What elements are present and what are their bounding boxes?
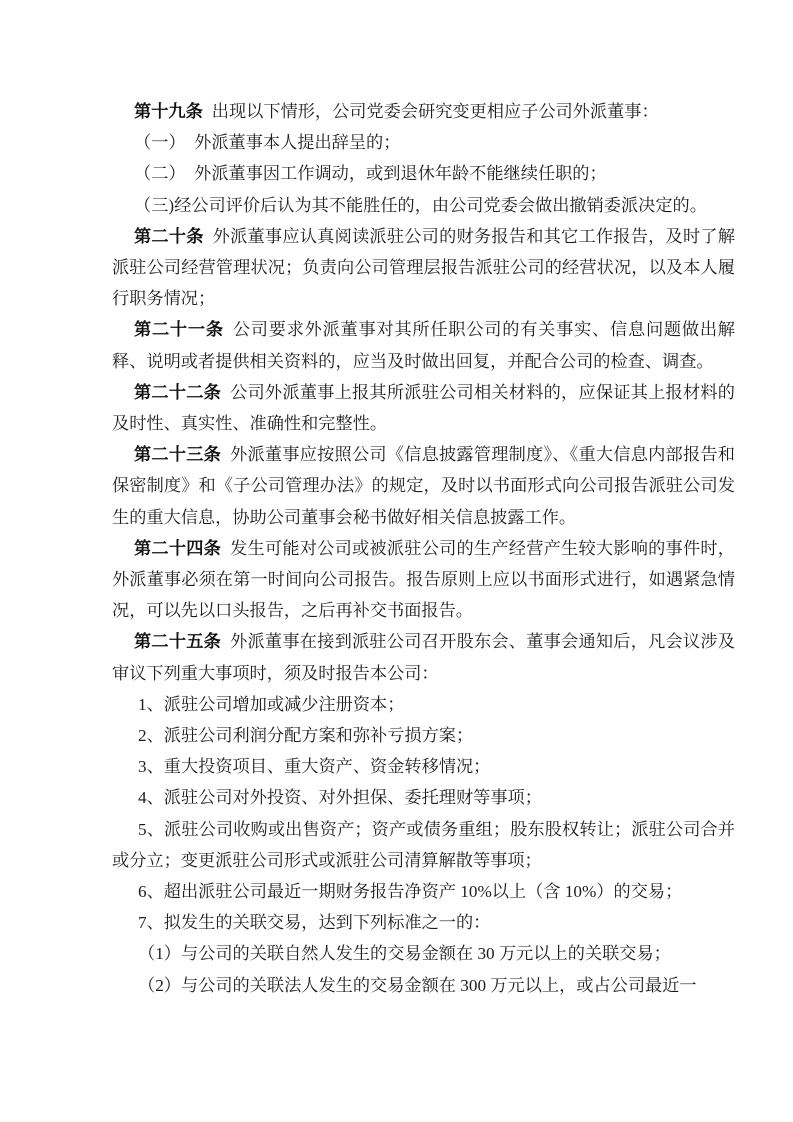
list-item-6: 6、超出派驻公司最近一期财务报告净资产 10%以上（含 10%）的交易；	[112, 876, 735, 907]
list-item-4: 4、派驻公司对外投资、对外担保、委托理财等事项；	[112, 782, 735, 813]
sub-item-1: （1）与公司的关联自然人发生的交易金额在 30 万元以上的关联交易；	[112, 938, 735, 969]
clause-3-text: （三)经公司评价后认为其不能胜任的，由公司党委会做出撤销委派决定的。	[134, 196, 707, 215]
list-item-3: 3、重大投资项目、重大资产、资金转移情况；	[112, 751, 735, 782]
article-19-clause-1: （一） 外派董事本人提出辞呈的；	[112, 127, 735, 158]
article-21: 第二十一条公司要求外派董事对其所任职公司的有关事实、信息问题做出解释、说明或者提…	[112, 314, 735, 376]
article-25: 第二十五条外派董事在接到派驻公司召开股东会、董事会通知后，凡会议涉及审议下列重大…	[112, 626, 735, 688]
article-23-heading: 第二十三条	[134, 445, 221, 464]
clause-1-text: （一） 外派董事本人提出辞呈的；	[134, 133, 400, 152]
sub-item-2: （2）与公司的关联法人发生的交易金额在 300 万元以上，或占公司最近一	[112, 970, 735, 1001]
article-22: 第二十二条公司外派董事上报其所派驻公司相关材料的，应保证其上报材料的及时性、真实…	[112, 377, 735, 439]
sub-item-1-text: （1）与公司的关联自然人发生的交易金额在 30 万元以上的关联交易；	[138, 944, 671, 963]
list-item-2-text: 2、派驻公司利润分配方案和弥补亏损方案；	[138, 726, 473, 745]
article-21-heading: 第二十一条	[134, 320, 224, 339]
article-25-heading: 第二十五条	[134, 632, 221, 651]
list-item-4-text: 4、派驻公司对外投资、对外担保、委托理财等事项；	[138, 788, 542, 807]
list-item-5: 5、派驻公司收购或出售资产；资产或债务重组；股东股权转让；派驻公司合并或分立；变…	[112, 814, 735, 876]
list-item-5-text: 5、派驻公司收购或出售资产；资产或债务重组；股东股权转让；派驻公司合并或分立；变…	[112, 820, 735, 870]
article-20-heading: 第二十条	[134, 227, 204, 246]
list-item-3-text: 3、重大投资项目、重大资产、资金转移情况；	[138, 757, 490, 776]
article-22-heading: 第二十二条	[134, 383, 221, 402]
article-19-heading: 第十九条	[134, 102, 203, 121]
article-24-heading: 第二十四条	[134, 539, 221, 558]
clause-2-text: （二） 外派董事因工作调动，或到退休年龄不能继续任职的；	[134, 164, 607, 183]
document-page: 第十九条出现以下情形，公司党委会研究变更相应子公司外派董事： （一） 外派董事本…	[0, 0, 793, 1122]
article-19-body: 出现以下情形，公司党委会研究变更相应子公司外派董事：	[212, 102, 659, 121]
article-23: 第二十三条外派董事应按照公司《信息披露管理制度》、《重大信息内部报告和保密制度》…	[112, 439, 735, 533]
list-item-1: 1、派驻公司增加或减少注册资本；	[112, 689, 735, 720]
article-19-clause-3: （三)经公司评价后认为其不能胜任的，由公司党委会做出撤销委派决定的。	[112, 190, 735, 221]
sub-item-2-text: （2）与公司的关联法人发生的交易金额在 300 万元以上，或占公司最近一	[138, 976, 697, 995]
article-20-body: 外派董事应认真阅读派驻公司的财务报告和其它工作报告，及时了解派驻公司经营管理状况…	[112, 227, 735, 308]
list-item-7: 7、拟发生的关联交易，达到下列标准之一的：	[112, 907, 735, 938]
list-item-1-text: 1、派驻公司增加或减少注册资本；	[138, 695, 404, 714]
list-item-7-text: 7、拟发生的关联交易，达到下列标准之一的：	[138, 913, 490, 932]
article-20: 第二十条外派董事应认真阅读派驻公司的财务报告和其它工作报告，及时了解派驻公司经营…	[112, 221, 735, 315]
list-item-6-text: 6、超出派驻公司最近一期财务报告净资产 10%以上（含 10%）的交易；	[138, 882, 682, 901]
article-19: 第十九条出现以下情形，公司党委会研究变更相应子公司外派董事：	[112, 96, 735, 127]
list-item-2: 2、派驻公司利润分配方案和弥补亏损方案；	[112, 720, 735, 751]
article-19-clause-2: （二） 外派董事因工作调动，或到退休年龄不能继续任职的；	[112, 158, 735, 189]
article-24: 第二十四条发生可能对公司或被派驻公司的生产经营产生较大影响的事件时，外派董事必须…	[112, 533, 735, 627]
